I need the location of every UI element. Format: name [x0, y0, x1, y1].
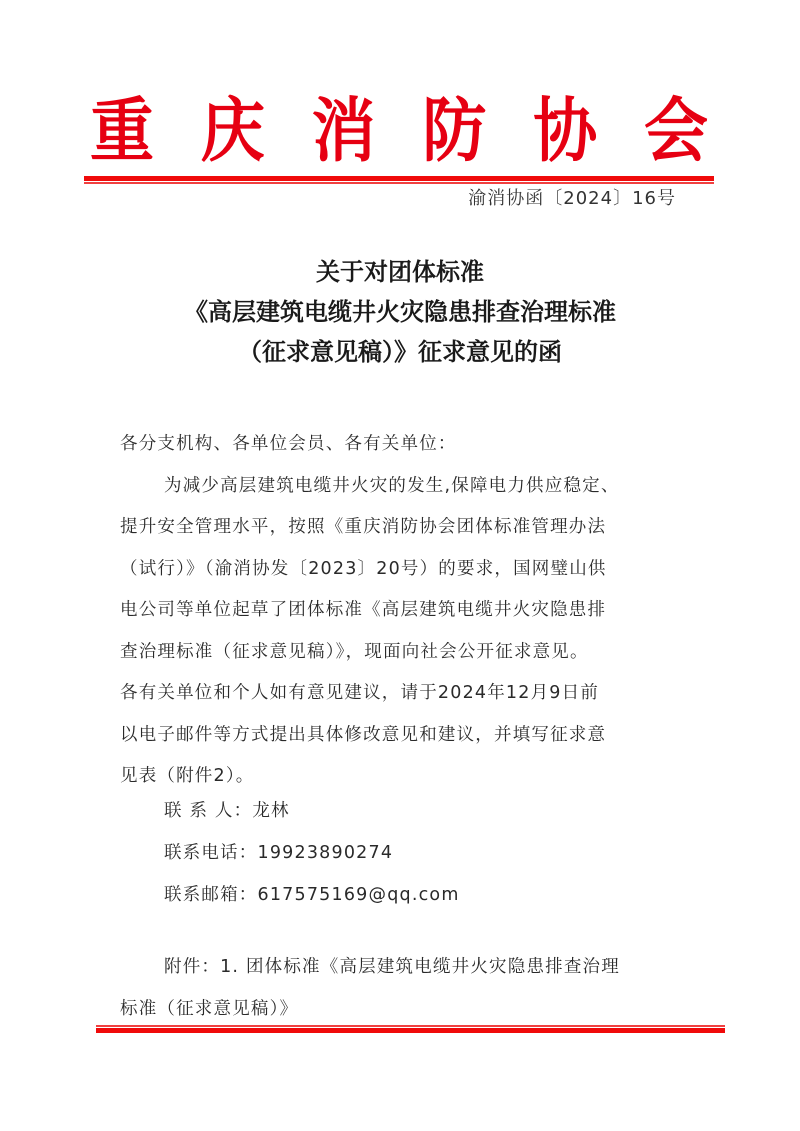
- masthead-char: 会: [638, 93, 714, 171]
- title-line-3: （征求意见稿）》征求意见的函: [100, 332, 700, 372]
- title-line-2: 《高层建筑电缆井火灾隐患排查治理标准: [100, 292, 700, 332]
- masthead-rule-thick: [84, 176, 714, 181]
- body-line: 电公司等单位起草了团体标准《高层建筑电缆井火灾隐患排: [120, 590, 700, 632]
- document-title: 关于对团体标准 《高层建筑电缆井火灾隐患排查治理标准 （征求意见稿）》征求意见的…: [100, 252, 700, 372]
- contact-email-label: 联系邮箱：: [164, 885, 258, 905]
- attachment-line-1: 附件：1. 团体标准《高层建筑电缆井火灾隐患排查治理: [120, 946, 710, 988]
- masthead-char: 重: [84, 93, 160, 171]
- contact-info: 联 系 人：龙林 联系电话：19923890274 联系邮箱：617575169…: [164, 790, 460, 916]
- body-line: （试行）》（渝消协发〔2023〕20号）的要求，国网璧山供: [120, 549, 700, 591]
- masthead-org-name: 重 庆 消 防 协 会: [84, 96, 714, 168]
- footer-rule-thin: [96, 1025, 725, 1027]
- masthead-rule-thin: [84, 182, 714, 184]
- body-line: 以电子邮件等方式提出具体修改意见和建议，并填写征求意: [120, 715, 700, 757]
- contact-person-value: 龙林: [252, 801, 289, 821]
- document-number: 渝消协函〔2024〕16号: [468, 186, 676, 212]
- attachment-list: 附件：1. 团体标准《高层建筑电缆井火灾隐患排查治理 标准（征求意见稿）》: [120, 946, 710, 1030]
- contact-phone-row: 联系电话：19923890274: [164, 832, 460, 874]
- contact-person-row: 联 系 人：龙林: [164, 790, 460, 832]
- masthead-char: 消: [306, 93, 382, 171]
- contact-email-value: 617575169@qq.com: [258, 885, 460, 905]
- salutation: 各分支机构、各单位会员、各有关单位：: [120, 424, 700, 466]
- contact-phone-value: 19923890274: [258, 843, 394, 863]
- attachment-line-2: 标准（征求意见稿）》: [120, 988, 710, 1030]
- letter-body: 各分支机构、各单位会员、各有关单位： 为减少高层建筑电缆井火灾的发生,保障电力供…: [120, 424, 700, 798]
- body-line: 为减少高层建筑电缆井火灾的发生,保障电力供应稳定、: [120, 466, 700, 508]
- title-line-1: 关于对团体标准: [100, 252, 700, 292]
- body-line: 提升安全管理水平，按照《重庆消防协会团体标准管理办法: [120, 507, 700, 549]
- masthead-char: 防: [416, 93, 492, 171]
- masthead-char: 协: [527, 93, 603, 171]
- footer-rule-thick: [96, 1028, 725, 1033]
- body-line: 各有关单位和个人如有意见建议，请于2024年12月9日前: [120, 673, 700, 715]
- contact-email-row: 联系邮箱：617575169@qq.com: [164, 874, 460, 916]
- contact-phone-label: 联系电话：: [164, 843, 258, 863]
- body-line: 查治理标准（征求意见稿）》，现面向社会公开征求意见。: [120, 632, 700, 674]
- contact-person-label: 联 系 人：: [164, 801, 252, 821]
- masthead-char: 庆: [195, 93, 271, 171]
